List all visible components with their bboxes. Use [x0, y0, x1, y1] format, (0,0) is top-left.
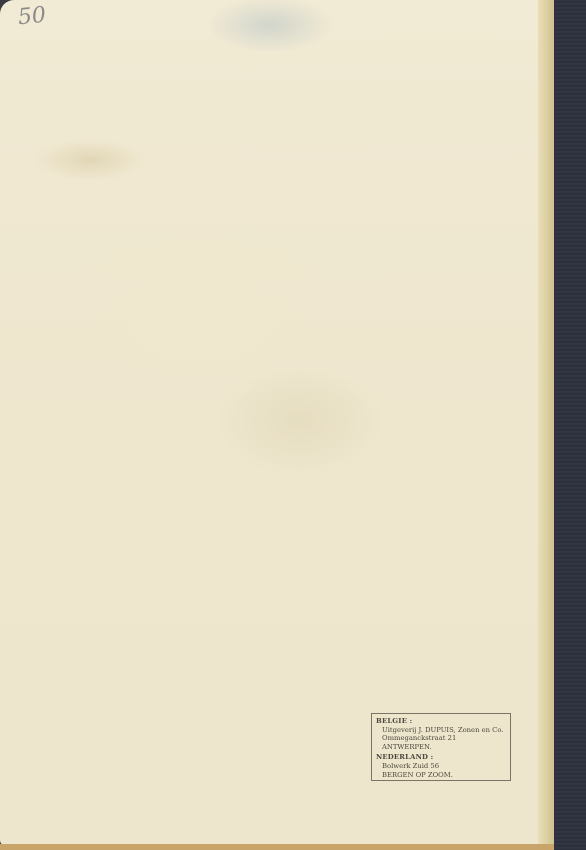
- belgium-street-line: Ommeganckstraat 21: [376, 734, 506, 743]
- netherlands-city-line: BERGEN OP ZOOM.: [376, 771, 506, 780]
- netherlands-street-line: Bolwerk Zuid 56: [376, 762, 506, 771]
- belgium-publisher-line: Uitgeverij J. DUPUIS, Zonen en Co.: [376, 726, 506, 735]
- book-spine: [554, 0, 586, 850]
- publisher-imprint-box: BELGIE : Uitgeverij J. DUPUIS, Zonen en …: [371, 713, 511, 781]
- belgium-label: BELGIE :: [376, 717, 506, 726]
- book-back-cover: 50 BELGIE : Uitgeverij J. DUPUIS, Zonen …: [0, 0, 538, 846]
- netherlands-label: NEDERLAND :: [376, 753, 506, 762]
- handwritten-price-note: 50: [17, 3, 47, 31]
- bottom-edge: [0, 844, 554, 850]
- belgium-city-line: ANTWERPEN.: [376, 743, 506, 752]
- page-edge: [538, 0, 554, 846]
